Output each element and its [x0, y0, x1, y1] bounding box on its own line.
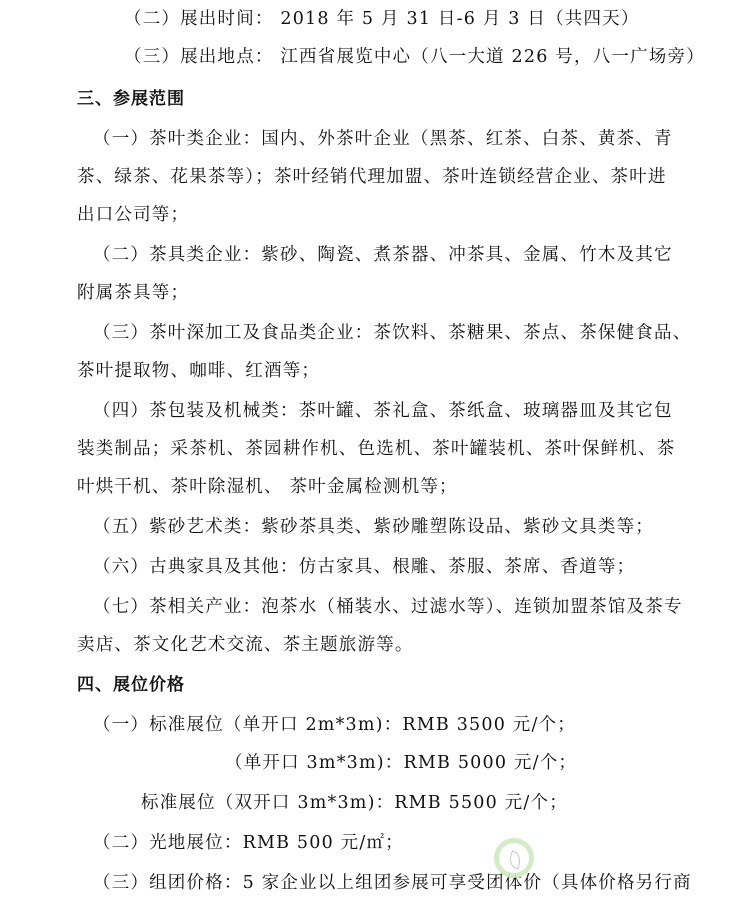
- text-line: 出口公司等；: [77, 204, 189, 226]
- text-line: 装类制品；采茶机、茶园耕作机、色选机、茶叶罐装机、茶叶保鲜机、茶: [77, 438, 675, 460]
- text-line: （二）光地展位：RMB 500 元/㎡；: [93, 832, 404, 854]
- text-line: （四）茶包装及机械类：茶叶罐、茶礼盒、茶纸盒、玻璃器皿及其它包: [93, 400, 673, 422]
- section-heading: 四、展位价格: [77, 674, 185, 696]
- text-line: （二）茶具类企业：紫砂、陶瓷、煮茶器、冲茶具、金属、竹木及其它: [93, 244, 673, 266]
- text-line: 附属茶具等；: [77, 282, 189, 304]
- leaf-logo-icon: [494, 838, 534, 878]
- text-line: 茶叶提取物、咖啡、红酒等；: [77, 360, 320, 382]
- text-line: （单开口 3m*3m)：RMB 5000 元/个；: [225, 752, 577, 774]
- text-line: （六）古典家具及其他：仿古家具、根雕、茶服、茶席、香道等；: [93, 556, 635, 578]
- text-line: （一）茶叶类企业：国内、外茶叶企业（黑茶、红茶、白茶、黄茶、青: [93, 128, 673, 150]
- text-line: （七）茶相关产业：泡茶水（桶装水、过滤水等）、连锁加盟茶馆及茶专: [93, 596, 683, 618]
- text-line: （五）紫砂艺术类：紫砂茶具类、紫砂雕塑陈设品、紫砂文具类等；: [93, 516, 654, 538]
- text-line: 标准展位（双开口 3m*3m)：RMB 5500 元/个；: [141, 792, 568, 814]
- text-line: （三）组团价格：5 家企业以上组团参展可享受团体价（具体价格另行商: [93, 872, 692, 894]
- text-line: （三）茶叶深加工及食品类企业：茶饮料、茶糖果、茶点、茶保健食品、: [93, 322, 691, 344]
- text-line: （二）展出时间： 2018 年 5 月 31 日-6 月 3 日（共四天）: [124, 8, 640, 30]
- text-line: 叶烘干机、茶叶除湿机、 茶叶金属检测机等；: [77, 476, 458, 498]
- section-heading: 三、参展范围: [77, 88, 185, 110]
- text-line: 茶、绿茶、花果茶等）；茶叶经销代理加盟、茶叶连锁经营企业、茶叶进: [77, 166, 667, 188]
- text-line: （三）展出地点： 江西省展览中心（八一大道 226 号，八一广场旁）: [124, 46, 705, 68]
- text-line: 卖店、茶文化艺术交流、茶主题旅游等。: [77, 634, 414, 656]
- text-line: （一）标准展位（单开口 2m*3m)：RMB 3500 元/个；: [93, 714, 576, 736]
